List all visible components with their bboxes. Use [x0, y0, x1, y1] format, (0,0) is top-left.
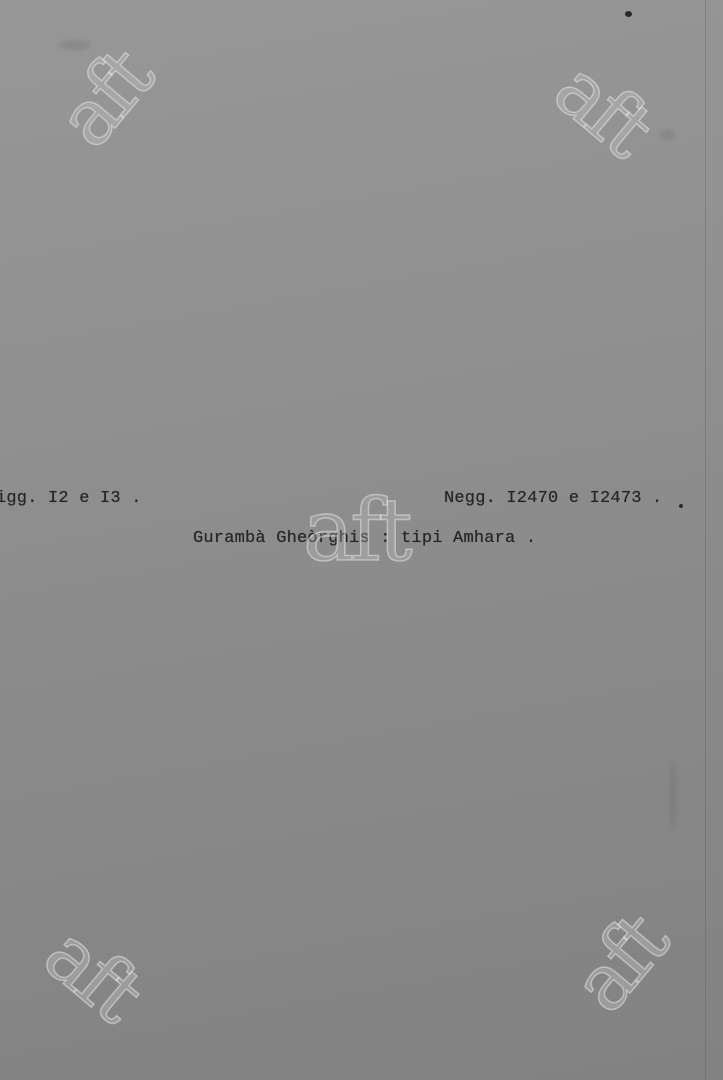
paper-smudge: [670, 760, 676, 830]
watermark-center: aft: [303, 488, 409, 574]
watermark-bottom-right: aft: [560, 903, 681, 1026]
watermark-top-left: aft: [45, 38, 166, 161]
scan-edge-line: [705, 0, 706, 1080]
ink-speck: [679, 504, 683, 508]
paper-smudge: [660, 130, 674, 140]
paper-smudge: [60, 40, 90, 50]
watermark-top-right: aft: [541, 49, 664, 170]
right-negative-reference: Negg. I2470 e I2473 .: [444, 489, 662, 508]
watermark-bottom-left: aft: [31, 914, 154, 1035]
ink-speck: [625, 11, 632, 17]
scanned-document-page: aft aft aft aft igg. I2 e I3 . Negg. I24…: [0, 0, 723, 1080]
left-negative-reference: igg. I2 e I3 .: [0, 489, 142, 508]
